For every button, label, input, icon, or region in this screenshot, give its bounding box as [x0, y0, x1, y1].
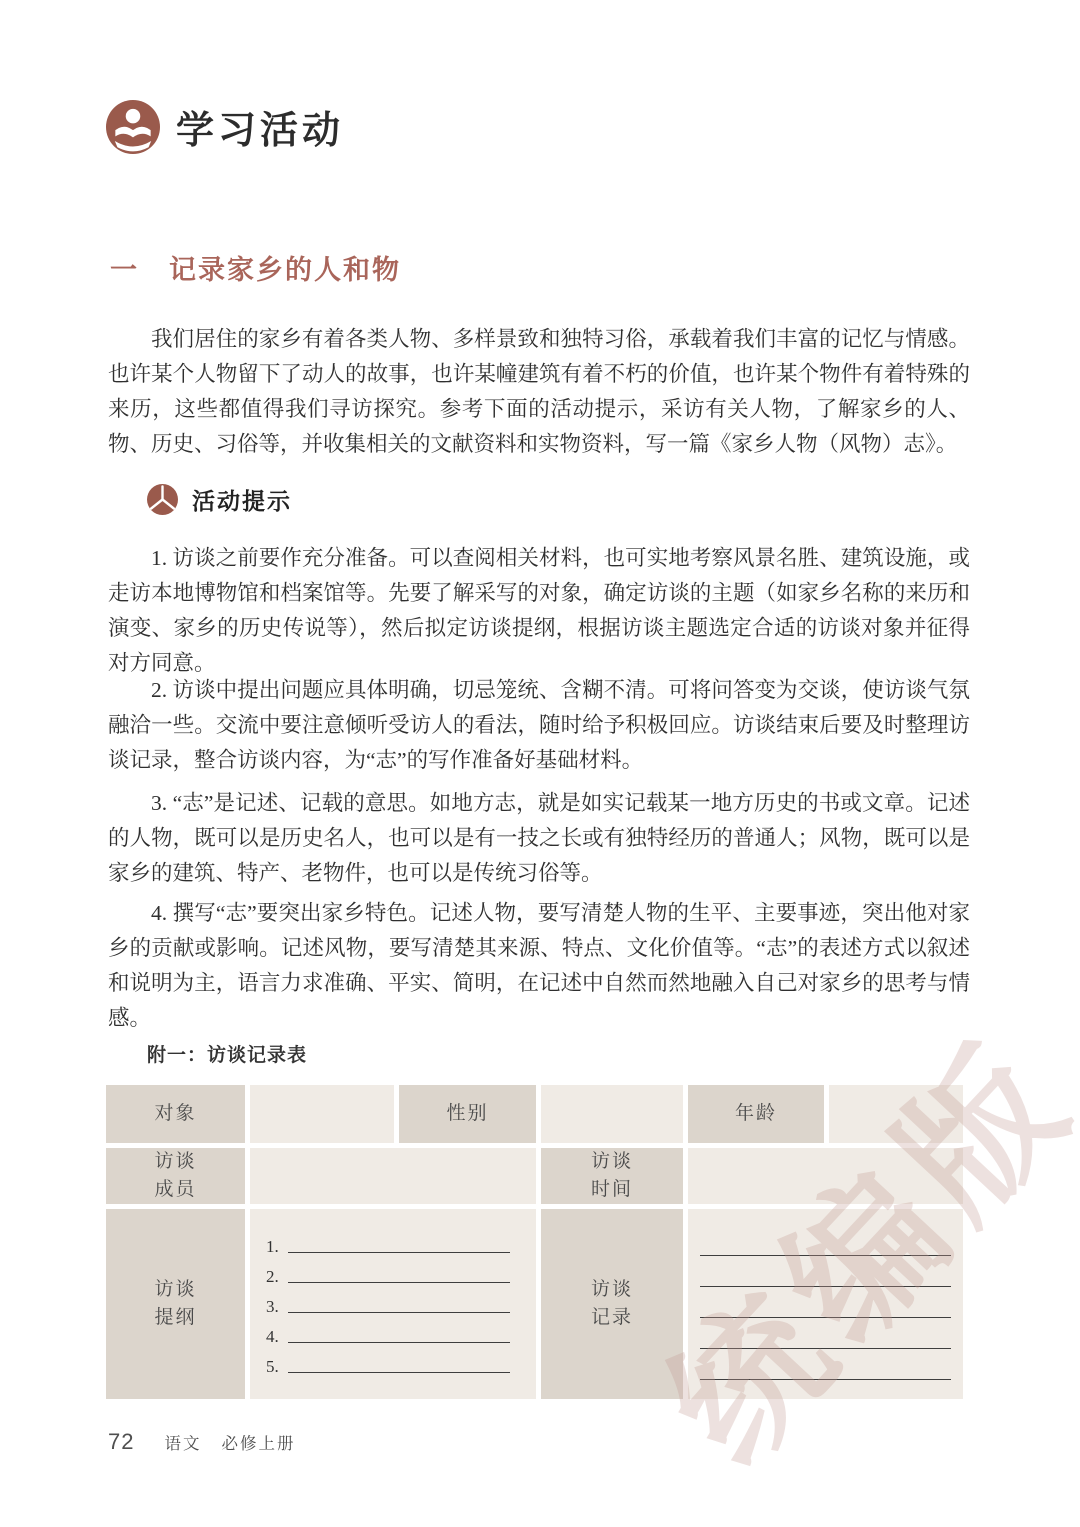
tip-paragraph-2: 2. 访谈中提出问题应具体明确，切忌笼统、含糊不清。可将问答变为交谈，使访谈气氛…: [108, 673, 970, 778]
blank-rule-line: [288, 1282, 510, 1283]
textbook-page: 学习活动 一 记录家乡的人和物 我们居住的家乡有着各类人物、多样景致和独特习俗，…: [0, 0, 1080, 1527]
blank-rule-line: [700, 1256, 951, 1287]
section-number: 一: [110, 248, 139, 287]
outline-number: 2.: [266, 1267, 288, 1287]
page-title: 学习活动: [176, 99, 344, 154]
table-header-age: 年龄: [688, 1085, 824, 1143]
intro-paragraph: 我们居住的家乡有着各类人物、多样景致和独特习俗，承载着我们丰富的记忆与情感。也许…: [108, 322, 970, 462]
tip-paragraph-1: 1. 访谈之前要作充分准备。可以查阅相关材料，也可实地考察风景名胜、建筑设施，或…: [108, 541, 970, 681]
attachment-caption: 附一：访谈记录表: [147, 1040, 307, 1067]
blank-rule-line: [288, 1372, 510, 1373]
section-title: 记录家乡的人和物: [169, 248, 401, 287]
blank-rule-line: [288, 1342, 510, 1343]
table-header-subject: 对象: [106, 1085, 245, 1143]
footer-subject: 语文: [164, 1430, 201, 1454]
table-header-outline: 访谈 提纲: [106, 1209, 245, 1399]
table-blank-time-value: [688, 1148, 963, 1204]
outline-line-3: 3.: [266, 1287, 510, 1317]
blank-rule-line: [288, 1252, 510, 1253]
table-outline-lines: 1. 2. 3. 4. 5.: [250, 1209, 536, 1399]
blank-rule-line: [700, 1287, 951, 1318]
blank-rule-line: [288, 1312, 510, 1313]
table-blank-subject-value: [250, 1085, 394, 1143]
outline-number: 5.: [266, 1357, 288, 1377]
outline-number: 1.: [266, 1237, 288, 1257]
table-record-lines: [688, 1209, 963, 1399]
table-blank-age-value: [829, 1085, 963, 1143]
tips-heading-label: 活动提示: [192, 483, 292, 516]
blank-rule-line: [700, 1349, 951, 1380]
tri-segment-circle-icon: [147, 484, 178, 515]
page-footer: 72 语文 必修上册: [108, 1429, 295, 1455]
blank-rule-line: [700, 1225, 951, 1256]
tip-paragraph-4: 4. 撰写“志”要突出家乡特色。记述人物，要写清楚人物的生平、主要事迹，突出他对…: [108, 896, 970, 1036]
tips-heading: 活动提示: [147, 483, 292, 516]
outline-line-2: 2.: [266, 1257, 510, 1287]
outline-line-1: 1.: [266, 1227, 510, 1257]
page-header: 学习活动: [106, 99, 344, 154]
reader-book-icon: [106, 100, 160, 154]
table-header-record: 访谈 记录: [541, 1209, 683, 1399]
table-header-time: 访谈 时间: [541, 1148, 683, 1204]
table-blank-gender-value: [541, 1085, 683, 1143]
blank-rule-line: [700, 1318, 951, 1349]
table-header-members: 访谈 成员: [106, 1148, 245, 1204]
tip-paragraph-3: 3. “志”是记述、记载的意思。如地方志，就是如实记载某一地方历史的书或文章。记…: [108, 786, 970, 891]
outline-line-4: 4.: [266, 1317, 510, 1347]
outline-line-5: 5.: [266, 1347, 510, 1377]
table-blank-members-value: [250, 1148, 536, 1204]
interview-record-table: 对象 性别 年龄 访谈 成员 访谈 时间 访谈 提纲 1. 2. 3.: [106, 1085, 963, 1399]
section-heading: 一 记录家乡的人和物: [110, 248, 401, 287]
footer-volume: 必修上册: [221, 1430, 295, 1454]
page-number: 72: [108, 1429, 134, 1455]
outline-number: 4.: [266, 1327, 288, 1347]
table-header-gender: 性别: [399, 1085, 536, 1143]
outline-number: 3.: [266, 1297, 288, 1317]
